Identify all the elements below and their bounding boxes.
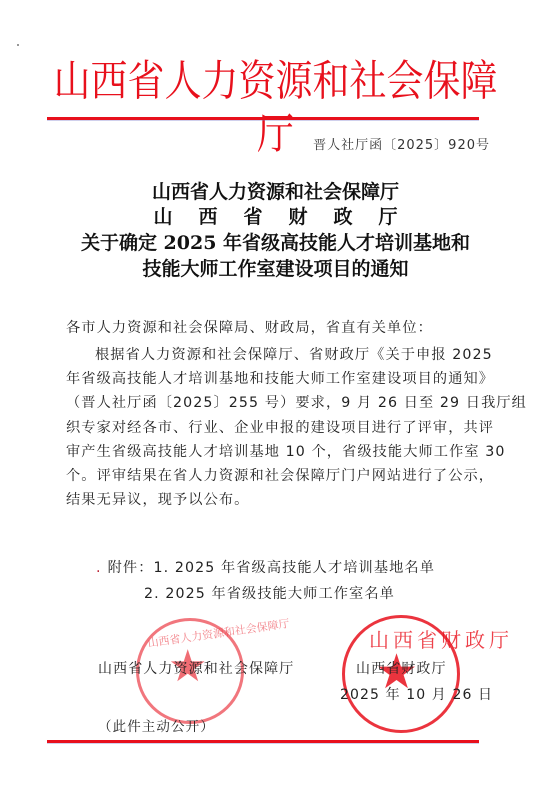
disclosure-note: （此件主动公开） (98, 715, 215, 735)
issue-date: 2025 年 10 月 26 日 (340, 684, 493, 704)
signature-hrss: 山西省人力资源和社会保障厅 (98, 658, 294, 678)
salutation: 各市人力资源和社会保障局、财政局，省直有关单位： (66, 317, 433, 337)
title-issuer-1: 山西省人力资源和社会保障厅 (0, 180, 551, 204)
scan-dot: . (96, 560, 102, 576)
attachments-label: 附件： (108, 560, 154, 576)
attachments: .附件：1. 2025 年省级高技能人才培训基地名单 2. 2025 年省级技能… (96, 555, 435, 607)
paragraph-line: 织专家对经各市、行业、企业申报的建设项目进行了评审，共评 (66, 416, 491, 440)
attachment-row-2: 2. 2025 年省级技能大师工作室名单 (96, 581, 435, 607)
title-issuer-2-char: 省 (243, 205, 262, 229)
paragraph-line: （晋人社厅函〔2025〕255 号）要求，9 月 26 日至 29 日我厅组 (66, 391, 491, 415)
attachment-item: 1. 2025 年省级高技能人才培训基地名单 (154, 560, 436, 576)
top-red-rule (47, 117, 479, 120)
signature-finance: 山西省财政厅 (356, 658, 447, 678)
title-subject-1: 关于确定 2025 年省级高技能人才培训基地和 (0, 231, 551, 255)
title-issuer-2: 山西省财政厅 (0, 205, 551, 229)
title-issuer-2-char: 政 (334, 205, 353, 229)
paragraph-line: 个。评审结果在省人力资源和社会保障厅门户网站进行了公示， (66, 464, 491, 488)
title-subject-2: 技能大师工作室建设项目的通知 (0, 257, 551, 281)
attachment-item: 2. 2025 年省级技能大师工作室名单 (144, 586, 395, 602)
paragraph-line: 根据省人力资源和社会保障厅、省财政厅《关于申报 2025 (66, 343, 491, 367)
paragraph-line: 审产生省级高技能人才培训基地 10 个，省级技能大师工作室 30 (66, 440, 491, 464)
scan-speck (17, 44, 19, 46)
title-issuer-2-char: 厅 (379, 205, 398, 229)
title-issuer-2-char: 西 (198, 205, 217, 229)
body-paragraph: 根据省人力资源和社会保障厅、省财政厅《关于申报 2025 年省级高技能人才培训基… (66, 343, 491, 512)
title-issuer-2-char: 财 (289, 205, 308, 229)
bottom-red-rule (47, 740, 479, 743)
paragraph-line: 结果无异议，现予以公布。 (66, 488, 491, 512)
document-number: 晋人社厅函〔2025〕920号 (300, 134, 490, 153)
paragraph-line: 年省级高技能人才培训基地和技能大师工作室建设项目的通知》 (66, 367, 491, 391)
title-issuer-2-char: 山 (153, 205, 172, 229)
attachment-row-1: .附件：1. 2025 年省级高技能人才培训基地名单 (96, 555, 435, 581)
